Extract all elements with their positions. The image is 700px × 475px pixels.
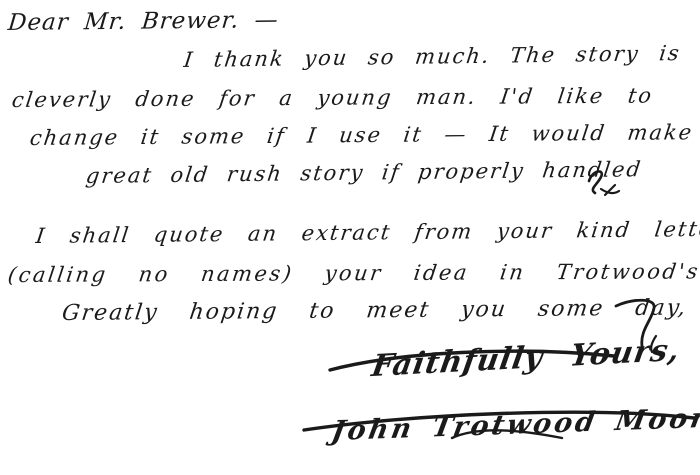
letter-line: cleverly done for a young man. I'd like … bbox=[11, 86, 655, 111]
closing: Faithfully Yours, bbox=[370, 336, 683, 382]
letter-line: great old rush story if properly handled bbox=[85, 159, 644, 187]
pen-flourish-paraph-icon bbox=[575, 165, 623, 201]
letter-line: change it some if I use it — It would ma… bbox=[29, 122, 700, 149]
letter-line: I shall quote an extract from your kind … bbox=[35, 219, 700, 247]
letter-line: I thank you so much. The story is bbox=[183, 43, 682, 71]
letter-line: Greatly hoping to meet you some day, bbox=[61, 298, 689, 325]
letter-page: Dear Mr. Brewer. — I thank you so much. … bbox=[0, 0, 700, 475]
salutation: Dear Mr. Brewer. — bbox=[7, 9, 280, 35]
letter-line: (calling no names) your idea in Trotwood… bbox=[7, 261, 700, 286]
